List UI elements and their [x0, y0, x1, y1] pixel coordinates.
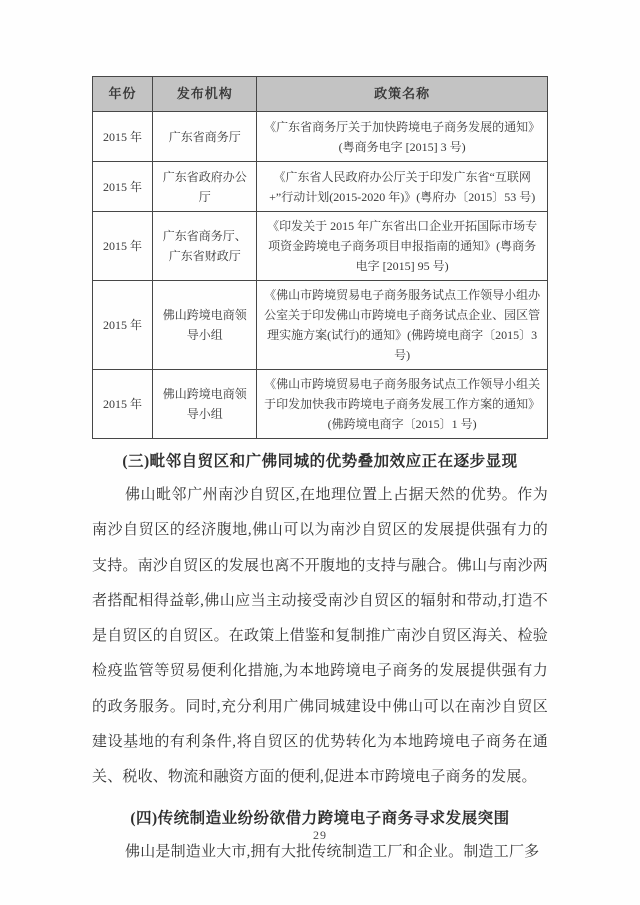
column-header-agency: 发布机构	[153, 77, 257, 112]
cell-agency: 广东省政府办公厅	[153, 162, 257, 212]
column-header-year: 年份	[93, 77, 153, 112]
cell-year: 2015 年	[93, 162, 153, 212]
cell-year: 2015 年	[93, 370, 153, 439]
cell-agency: 佛山跨境电商领导小组	[153, 370, 257, 439]
table-row: 2015 年 佛山跨境电商领导小组 《佛山市跨境贸易电子商务服务试点工作领导小组…	[93, 281, 548, 370]
cell-year: 2015 年	[93, 281, 153, 370]
cell-policy: 《佛山市跨境贸易电子商务服务试点工作领导小组关于印发加快我市跨境电子商务发展工作…	[257, 370, 548, 439]
cell-agency: 广东省商务厅	[153, 112, 257, 162]
cell-year: 2015 年	[93, 112, 153, 162]
column-header-policy: 政策名称	[257, 77, 548, 112]
table-row: 2015 年 广东省商务厅、广东省财政厅 《印发关于 2015 年广东省出口企业…	[93, 212, 548, 281]
table-header-row: 年份 发布机构 政策名称	[93, 77, 548, 112]
cell-agency: 佛山跨境电商领导小组	[153, 281, 257, 370]
section-3-paragraph: 佛山毗邻广州南沙自贸区,在地理位置上占据天然的优势。作为南沙自贸区的经济腹地,佛…	[92, 478, 548, 796]
page-content: 年份 发布机构 政策名称 2015 年 广东省商务厅 《广东省商务厅关于加快跨境…	[92, 76, 548, 870]
table-row: 2015 年 佛山跨境电商领导小组 《佛山市跨境贸易电子商务服务试点工作领导小组…	[93, 370, 548, 439]
table-row: 2015 年 广东省政府办公厅 《广东省人民政府办公厅关于印发广东省“互联网+”…	[93, 162, 548, 212]
policy-table: 年份 发布机构 政策名称 2015 年 广东省商务厅 《广东省商务厅关于加快跨境…	[92, 76, 548, 439]
table-row: 2015 年 广东省商务厅 《广东省商务厅关于加快跨境电子商务发展的通知》(粤商…	[93, 112, 548, 162]
cell-year: 2015 年	[93, 212, 153, 281]
cell-policy: 《佛山市跨境贸易电子商务服务试点工作领导小组办公室关于印发佛山市跨境电子商务试点…	[257, 281, 548, 370]
cell-agency: 广东省商务厅、广东省财政厅	[153, 212, 257, 281]
section-heading-3: (三)毗邻自贸区和广佛同城的优势叠加效应正在逐步显现	[92, 446, 548, 477]
page-number: 29	[0, 828, 640, 843]
cell-policy: 《广东省商务厅关于加快跨境电子商务发展的通知》(粤商务电字 [2015] 3 号…	[257, 112, 548, 162]
cell-policy: 《广东省人民政府办公厅关于印发广东省“互联网+”行动计划(2015-2020 年…	[257, 162, 548, 212]
document-page: 年份 发布机构 政策名称 2015 年 广东省商务厅 《广东省商务厅关于加快跨境…	[0, 0, 640, 905]
cell-policy: 《印发关于 2015 年广东省出口企业开拓国际市场专项资金跨境电子商务项目申报指…	[257, 212, 548, 281]
